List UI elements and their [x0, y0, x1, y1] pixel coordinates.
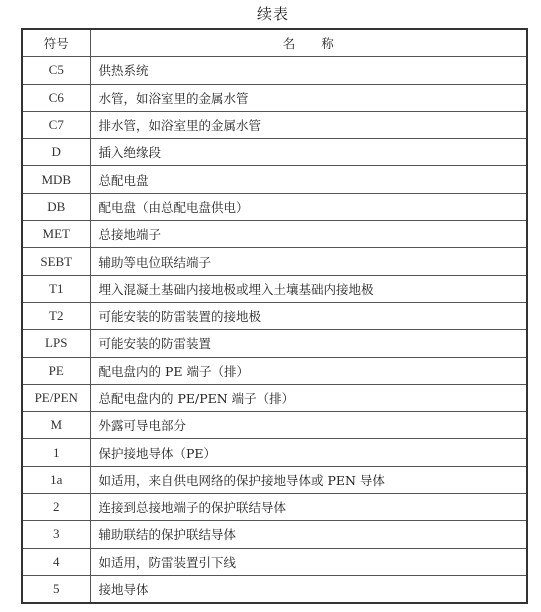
table-row: D 插入绝缘段 [22, 139, 527, 166]
header-name: 名称 [90, 29, 527, 57]
table-row: 5 接地导体 [22, 575, 527, 603]
table-row: 4 如适用，防雷装置引下线 [22, 548, 527, 575]
table-row: PE/PEN 总配电盘内的 PE/PEN 端子（排） [22, 384, 527, 411]
row-name: 供热系统 [90, 57, 527, 84]
row-name: 总接地端子 [90, 221, 527, 248]
row-symbol: 5 [22, 575, 90, 603]
row-symbol: C6 [22, 84, 90, 111]
row-symbol: LPS [22, 330, 90, 357]
row-symbol: M [22, 412, 90, 439]
table-row: C5 供热系统 [22, 57, 527, 84]
table-row: 1a 如适用，来自供电网络的保护接地导体或 PEN 导体 [22, 466, 527, 493]
row-symbol: 1a [22, 466, 90, 493]
table-row: T1 埋入混凝土基础内接地极或埋入土壤基础内接地极 [22, 275, 527, 302]
row-symbol: DB [22, 193, 90, 220]
header-symbol: 符号 [22, 29, 90, 57]
table-row: T2 可能安装的防雷装置的接地极 [22, 302, 527, 329]
row-name: 接地导体 [90, 575, 527, 603]
row-name: 辅助联结的保护联结导体 [90, 521, 527, 548]
row-name: 插入绝缘段 [90, 139, 527, 166]
symbol-table: 符号 名称 C5 供热系统 C6 水管，如浴室里的金属水管 C7 排水管，如浴室… [21, 28, 528, 604]
row-name: 埋入混凝土基础内接地极或埋入土壤基础内接地极 [90, 275, 527, 302]
table-row: C7 排水管，如浴室里的金属水管 [22, 111, 527, 138]
row-name: 连接到总接地端子的保护联结导体 [90, 494, 527, 521]
row-name: 总配电盘内的 PE/PEN 端子（排） [90, 384, 527, 411]
row-symbol: D [22, 139, 90, 166]
row-name: 水管，如浴室里的金属水管 [90, 84, 527, 111]
row-symbol: 3 [22, 521, 90, 548]
table-row: SEBT 辅助等电位联结端子 [22, 248, 527, 275]
table-row: C6 水管，如浴室里的金属水管 [22, 84, 527, 111]
row-symbol: 1 [22, 439, 90, 466]
table-row: DB 配电盘（由总配电盘供电） [22, 193, 527, 220]
row-name: 配电盘（由总配电盘供电） [90, 193, 527, 220]
row-symbol: 2 [22, 494, 90, 521]
table-row: 2 连接到总接地端子的保护联结导体 [22, 494, 527, 521]
table-row: 1 保护接地导体（PE） [22, 439, 527, 466]
row-symbol: PE [22, 357, 90, 384]
row-symbol: SEBT [22, 248, 90, 275]
row-name: 总配电盘 [90, 166, 527, 193]
table-caption: 续表 [0, 3, 541, 25]
table-header-row: 符号 名称 [22, 29, 527, 57]
row-name: 排水管，如浴室里的金属水管 [90, 111, 527, 138]
table-row: 3 辅助联结的保护联结导体 [22, 521, 527, 548]
row-symbol: PE/PEN [22, 384, 90, 411]
row-symbol: T2 [22, 302, 90, 329]
table-row: MDB 总配电盘 [22, 166, 527, 193]
row-name: 辅助等电位联结端子 [90, 248, 527, 275]
row-name: 配电盘内的 PE 端子（排） [90, 357, 527, 384]
row-symbol: T1 [22, 275, 90, 302]
row-symbol: C5 [22, 57, 90, 84]
table-row: MET 总接地端子 [22, 221, 527, 248]
row-name: 如适用，来自供电网络的保护接地导体或 PEN 导体 [90, 466, 527, 493]
table-row: LPS 可能安装的防雷装置 [22, 330, 527, 357]
row-name: 可能安装的防雷装置的接地极 [90, 302, 527, 329]
row-name: 外露可导电部分 [90, 412, 527, 439]
row-name: 如适用，防雷装置引下线 [90, 548, 527, 575]
row-name: 保护接地导体（PE） [90, 439, 527, 466]
row-name: 可能安装的防雷装置 [90, 330, 527, 357]
table-row: PE 配电盘内的 PE 端子（排） [22, 357, 527, 384]
row-symbol: MDB [22, 166, 90, 193]
row-symbol: C7 [22, 111, 90, 138]
row-symbol: MET [22, 221, 90, 248]
row-symbol: 4 [22, 548, 90, 575]
table-row: M 外露可导电部分 [22, 412, 527, 439]
